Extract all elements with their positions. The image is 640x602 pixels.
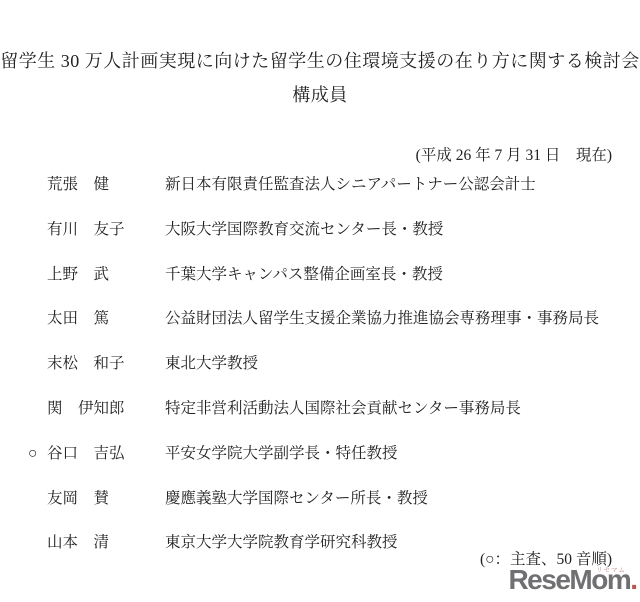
member-role: 公益財団法人留学生支援企業協力推進協会専務理事・事務局長 bbox=[165, 310, 640, 328]
member-name: 末松 和子 bbox=[47, 355, 165, 373]
member-name: 谷口 吉弘 bbox=[47, 445, 165, 463]
member-row: 有川 友子 大阪大学国際教育交流センター長・教授 bbox=[0, 221, 640, 266]
as-of-date-note: (平成 26 年 7 月 31 日 現在) bbox=[416, 147, 612, 165]
member-role: 東京大学大学院教育学研究科教授 bbox=[165, 534, 640, 552]
page-subtitle: 構成員 bbox=[0, 84, 640, 106]
member-name: 関 伊知郎 bbox=[47, 400, 165, 418]
member-row: 上野 武 千葉大学キャンパス整備企画室長・教授 bbox=[0, 266, 640, 311]
member-role: 東北大学教授 bbox=[165, 355, 640, 373]
watermark-ruby-label: リセマム bbox=[596, 565, 626, 574]
chair-marker: ○ bbox=[28, 445, 47, 463]
member-row: 関 伊知郎 特定非営利活動法人国際社会貢献センター事務局長 bbox=[0, 400, 640, 445]
member-name: 上野 武 bbox=[47, 266, 165, 284]
page-title: 留学生 30 万人計画実現に向けた留学生の住環境支援の在り方に関する検討会 bbox=[0, 50, 640, 72]
member-row: 友岡 賛 慶應義塾大学国際センター所長・教授 bbox=[0, 490, 640, 535]
document-page: 留学生 30 万人計画実現に向けた留学生の住環境支援の在り方に関する検討会 構成… bbox=[0, 0, 640, 602]
member-row: 末松 和子 東北大学教授 bbox=[0, 355, 640, 400]
member-name: 有川 友子 bbox=[47, 221, 165, 239]
member-name: 太田 篤 bbox=[47, 310, 165, 328]
member-role: 新日本有限責任監査法人シニアパートナー公認会計士 bbox=[165, 176, 640, 194]
member-row: ○ 谷口 吉弘 平安女学院大学副学長・特任教授 bbox=[0, 445, 640, 490]
member-role: 慶應義塾大学国際センター所長・教授 bbox=[165, 490, 640, 508]
member-list: 荒張 健 新日本有限責任監査法人シニアパートナー公認会計士 有川 友子 大阪大学… bbox=[0, 176, 640, 579]
member-role: 平安女学院大学副学長・特任教授 bbox=[165, 445, 640, 463]
member-role: 大阪大学国際教育交流センター長・教授 bbox=[165, 221, 640, 239]
resemom-watermark: リセマムReseMom. bbox=[508, 564, 638, 596]
member-row: 太田 篤 公益財団法人留学生支援企業協力推進協会専務理事・事務局長 bbox=[0, 310, 640, 355]
watermark-logo-dot: . bbox=[630, 564, 638, 595]
member-name: 友岡 賛 bbox=[47, 490, 165, 508]
member-role: 千葉大学キャンパス整備企画室長・教授 bbox=[165, 266, 640, 284]
member-role: 特定非営利活動法人国際社会貢献センター事務局長 bbox=[165, 400, 640, 418]
member-name: 荒張 健 bbox=[47, 176, 165, 194]
member-row: 荒張 健 新日本有限責任監査法人シニアパートナー公認会計士 bbox=[0, 176, 640, 221]
member-name: 山本 清 bbox=[47, 534, 165, 552]
